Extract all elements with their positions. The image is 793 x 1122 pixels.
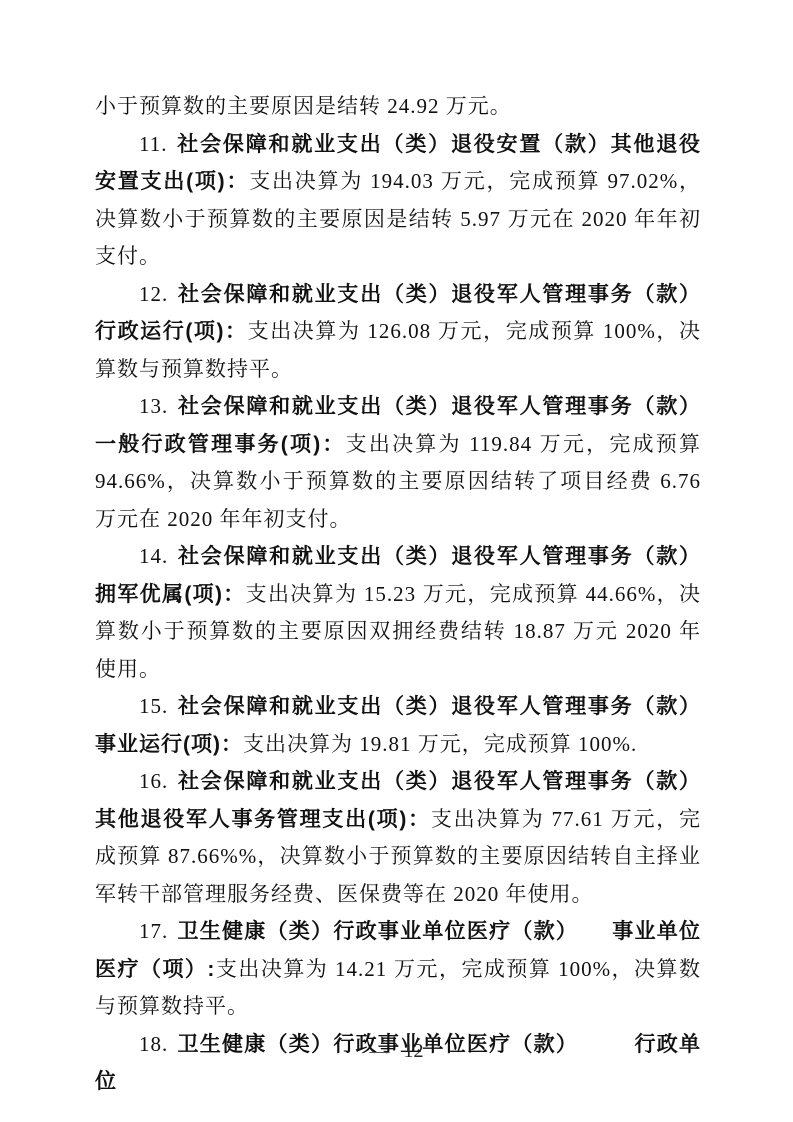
para-10-continuation: 小于预算数的主要原因是结转 24.92 万元。 — [95, 88, 701, 126]
page-footer: —12 — [0, 1038, 793, 1064]
para-12-number: 12. — [139, 282, 168, 306]
para-12: 12.社会保障和就业支出（类）退役军人管理事务（款）行政运行(项)：支出决算为 … — [95, 276, 701, 389]
para-17: 17.卫生健康（类）行政事业单位医疗（款） 事业单位医疗（项）:支出决算为 14… — [95, 913, 701, 1026]
para-16: 16.社会保障和就业支出（类）退役军人管理事务（款）其他退役军人事务管理支出(项… — [95, 763, 701, 913]
document-page: 小于预算数的主要原因是结转 24.92 万元。11.社会保障和就业支出（类）退役… — [0, 0, 793, 1122]
para-11: 11.社会保障和就业支出（类）退役安置（款）其他退役安置支出(项)：支出决算为 … — [95, 126, 701, 276]
para-13-number: 13. — [139, 394, 168, 418]
footer-dash: — — [370, 1040, 390, 1062]
para-10-continuation-body: 小于预算数的主要原因是结转 24.92 万元。 — [95, 94, 512, 118]
para-14: 14.社会保障和就业支出（类）退役军人管理事务（款）拥军优属(项)：支出决算为 … — [95, 538, 701, 688]
para-11-number: 11. — [139, 132, 167, 156]
para-14-number: 14. — [139, 544, 168, 568]
para-15-number: 15. — [139, 694, 168, 718]
para-13: 13.社会保障和就业支出（类）退役军人管理事务（款）一般行政管理事务(项)：支出… — [95, 388, 701, 538]
para-17-number: 17. — [139, 919, 168, 943]
para-15: 15.社会保障和就业支出（类）退役军人管理事务（款）事业运行(项)：支出决算为 … — [95, 688, 701, 763]
footer-page-number: 12 — [404, 1040, 424, 1062]
para-16-number: 16. — [139, 769, 168, 793]
document-body: 小于预算数的主要原因是结转 24.92 万元。11.社会保障和就业支出（类）退役… — [95, 88, 701, 1101]
para-15-body: 支出决算为 19.81 万元，完成预算 100%. — [243, 732, 637, 756]
